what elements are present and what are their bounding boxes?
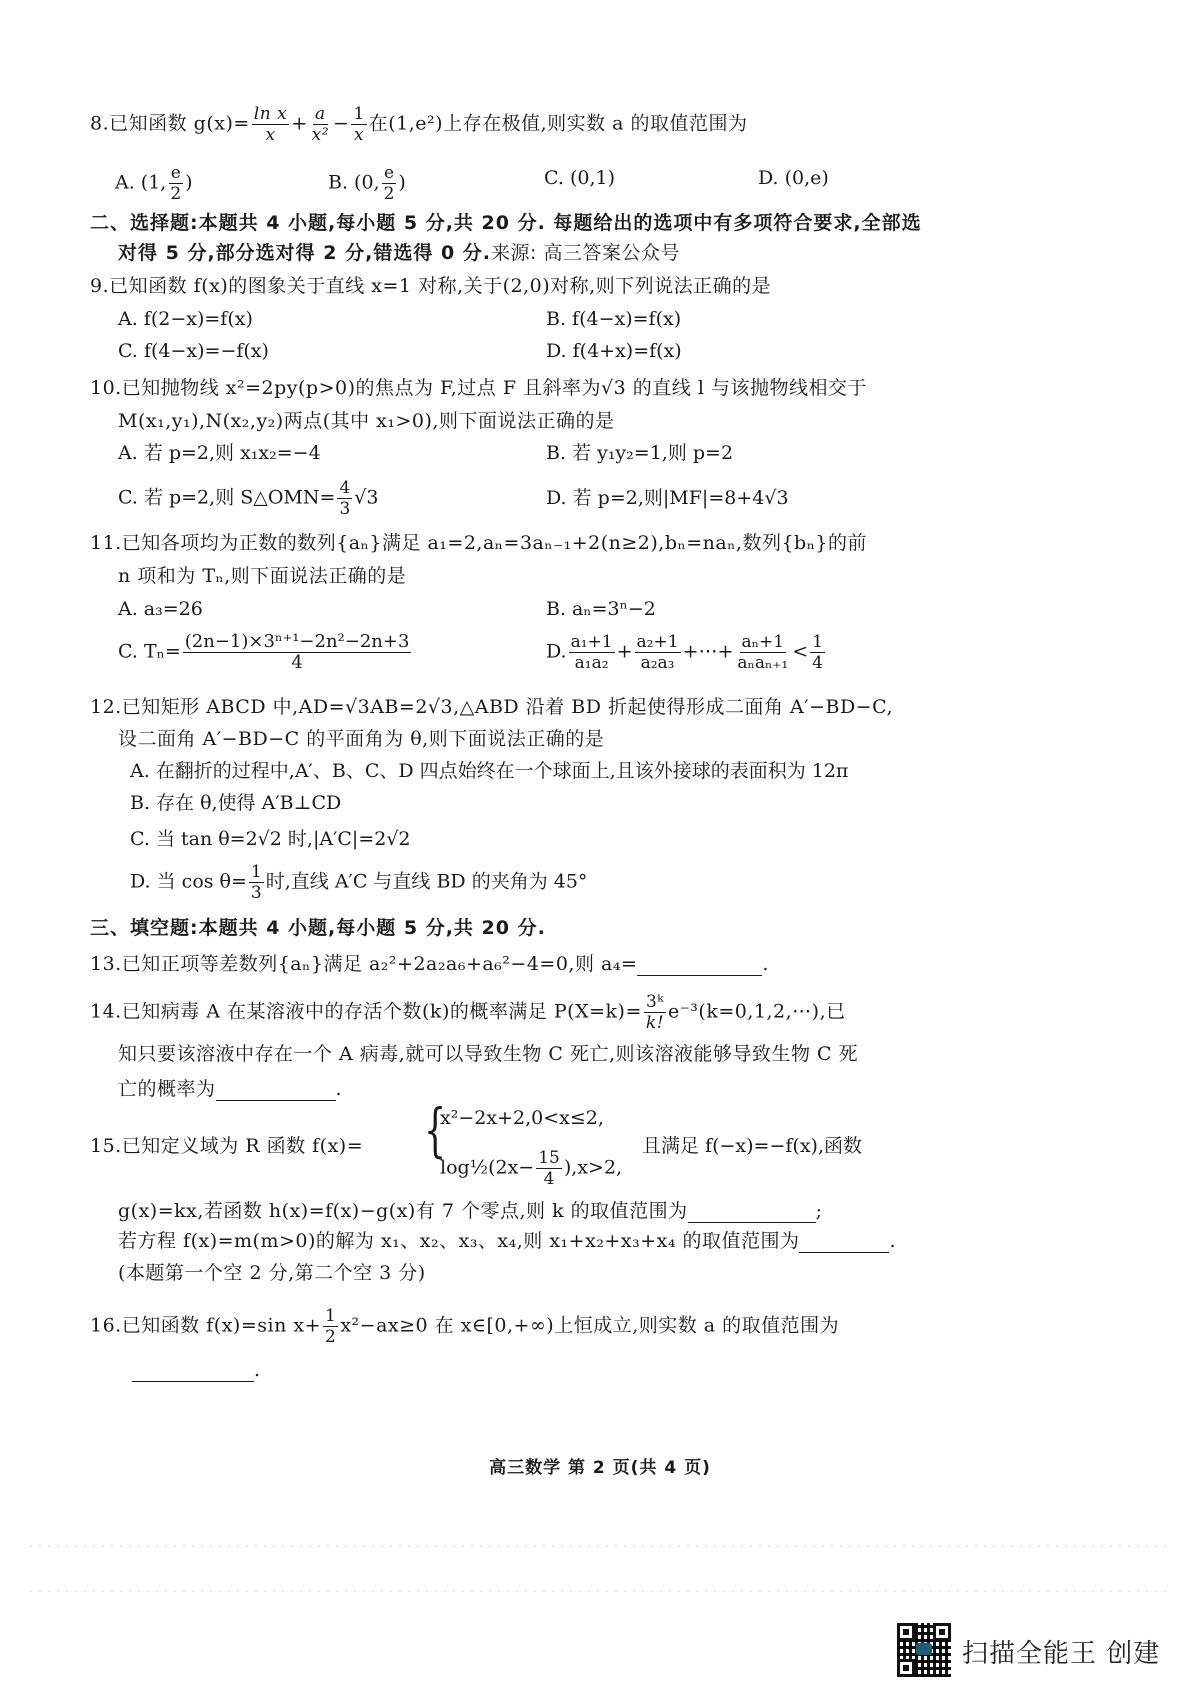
question-16-stem: 16.已知函数 f(x)=sin x+12x²−ax≥0 在 x∈[0,+∞)上… [90, 1306, 839, 1347]
q15-answer-blank-2[interactable] [799, 1232, 889, 1253]
q14-answer-blank[interactable] [216, 1080, 336, 1101]
question-16-answer-line: . [132, 1358, 261, 1382]
q10-option-a: A. 若 p=2,则 x₁x₂=−4 [118, 441, 321, 465]
question-11-stem-line2: n 项和为 Tₙ,则下面说法正确的是 [118, 564, 406, 588]
q8-option-c: C. (0,1) [544, 166, 615, 190]
q10-option-b: B. 若 y₁y₂=1,则 p=2 [546, 441, 733, 465]
q12-option-c: C. 当 tan θ=2√2 时,|A′C|=2√2 [130, 827, 411, 851]
question-15-stem-suffix: 且满足 f(−x)=−f(x),函数 [642, 1134, 862, 1158]
q8-fraction-3: 1x [351, 104, 366, 145]
question-15-line2: g(x)=kx,若函数 h(x)=f(x)−g(x)有 7 个零点,则 k 的取… [118, 1199, 823, 1223]
section-3-heading: 三、填空题:本题共 4 小题,每小题 5 分,共 20 分. [90, 916, 546, 940]
section-2-scoring: 对得 5 分,部分选对得 2 分,错选得 0 分. [118, 242, 491, 264]
q12-option-d: D. 当 cos θ=13时,直线 A′C 与直线 BD 的夹角为 45° [130, 862, 587, 903]
section-2-heading-line1: 二、选择题:本题共 4 小题,每小题 5 分,共 20 分. 每题给出的选项中有… [90, 211, 922, 235]
scan-artifact [30, 1545, 1170, 1547]
q12-option-b: B. 存在 θ,使得 A′B⊥CD [130, 791, 341, 815]
question-10-stem-line1: 10.已知抛物线 x²=2py(p>0)的焦点为 F,过点 F 且斜率为√3 的… [90, 376, 867, 400]
q8-plus: + [291, 113, 307, 135]
q12-option-a: A. 在翻折的过程中,A′、B、C、D 四点始终在一个球面上,且该外接球的表面积… [130, 759, 848, 783]
question-12-stem-line2: 设二面角 A′−BD−C 的平面角为 θ,则下面说法正确的是 [118, 727, 604, 751]
q11-option-d: D.a₁+1a₁a₂+a₂+1a₂a₃+⋯+aₙ+1aₙaₙ₊₁<14 [546, 632, 827, 673]
q11-option-b: B. aₙ=3ⁿ−2 [546, 597, 656, 621]
scanner-watermark: 扫描全能王 创建 [962, 1633, 1160, 1670]
page-footer: 高三数学 第 2 页(共 4 页) [0, 1453, 1200, 1478]
question-13-stem: 13.已知正项等差数列{aₙ}满足 a₂²+2a₂a₆+a₆²−4=0,则 a₄… [90, 952, 769, 976]
q13-answer-blank[interactable] [637, 955, 762, 976]
question-9-stem: 9.已知函数 f(x)的图象关于直线 x=1 对称,关于(2,0)对称,则下列说… [90, 274, 771, 298]
q15-answer-blank-1[interactable] [688, 1202, 816, 1223]
q8-option-a: A. (1,e2) [115, 163, 193, 204]
q8-fraction-1: ln xx [252, 104, 289, 145]
q8-option-d: D. (0,e) [758, 166, 829, 190]
q9-option-a: A. f(2−x)=f(x) [118, 307, 253, 331]
question-11-stem-line1: 11.已知各项均为正数的数列{aₙ}满足 a₁=2,aₙ=3aₙ₋₁+2(n≥2… [90, 531, 867, 555]
q10-option-d: D. 若 p=2,则|MF|=8+4√3 [546, 486, 789, 510]
q15-case-2: log½(2x−154),x>2, [440, 1148, 622, 1189]
question-15-note: (本题第一个空 2 分,第二个空 3 分) [118, 1261, 426, 1285]
question-8-stem: 8.已知函数 g(x)=ln xx+ax²−1x在(1,e²)上存在极值,则实数… [90, 104, 748, 145]
section-2-heading-line2: 对得 5 分,部分选对得 2 分,错选得 0 分.来源: 高三答案公众号 [118, 241, 680, 265]
question-14-stem: 14.已知病毒 A 在某溶液中的存活个数(k)的概率满足 P(X=k)=3ᵏk!… [90, 992, 846, 1033]
question-14-line3: 亡的概率为. [118, 1077, 342, 1101]
question-15-line3: 若方程 f(x)=m(m>0)的解为 x₁、x₂、x₃、x₄,则 x₁+x₂+x… [118, 1229, 896, 1253]
q16-answer-blank[interactable] [132, 1361, 254, 1382]
q10-option-c: C. 若 p=2,则 S△OMN=43√3 [118, 478, 378, 519]
q9-option-b: B. f(4−x)=f(x) [546, 307, 681, 331]
source-note: 来源: 高三答案公众号 [491, 242, 680, 264]
q11-option-c: C. Tₙ=(2n−1)×3ⁿ⁺¹−2n²−2n+34 [118, 632, 413, 673]
q8-prefix: 8.已知函数 g(x)= [90, 113, 250, 135]
exam-page: 8.已知函数 g(x)=ln xx+ax²−1x在(1,e²)上存在极值,则实数… [0, 0, 1200, 1699]
q8-fraction-2: ax² [310, 104, 331, 145]
q15-case-1: x²−2x+2,0<x≤2, [440, 1106, 604, 1130]
q9-option-d: D. f(4+x)=f(x) [546, 339, 682, 363]
q8-option-b: B. (0,e2) [328, 163, 406, 204]
question-15-stem-prefix: 15.已知定义域为 R 函数 f(x)= [90, 1134, 363, 1158]
question-14-line2: 知只要该溶液中存在一个 A 病毒,就可以导致生物 C 死亡,则该溶液能够导致生物… [118, 1042, 858, 1066]
question-10-stem-line2: M(x₁,y₁),N(x₂,y₂)两点(其中 x₁>0),则下面说法正确的是 [118, 409, 614, 433]
q11-option-a: A. a₃=26 [118, 597, 203, 621]
q8-minus: − [333, 113, 349, 135]
qr-code-icon [897, 1623, 951, 1677]
question-12-stem-line1: 12.已知矩形 ABCD 中,AD=√3AB=2√3,△ABD 沿着 BD 折起… [90, 695, 893, 719]
q8-suffix: 在(1,e²)上存在极值,则实数 a 的取值范围为 [369, 113, 748, 135]
q9-option-c: C. f(4−x)=−f(x) [118, 339, 269, 363]
scan-artifact [30, 1590, 1170, 1592]
